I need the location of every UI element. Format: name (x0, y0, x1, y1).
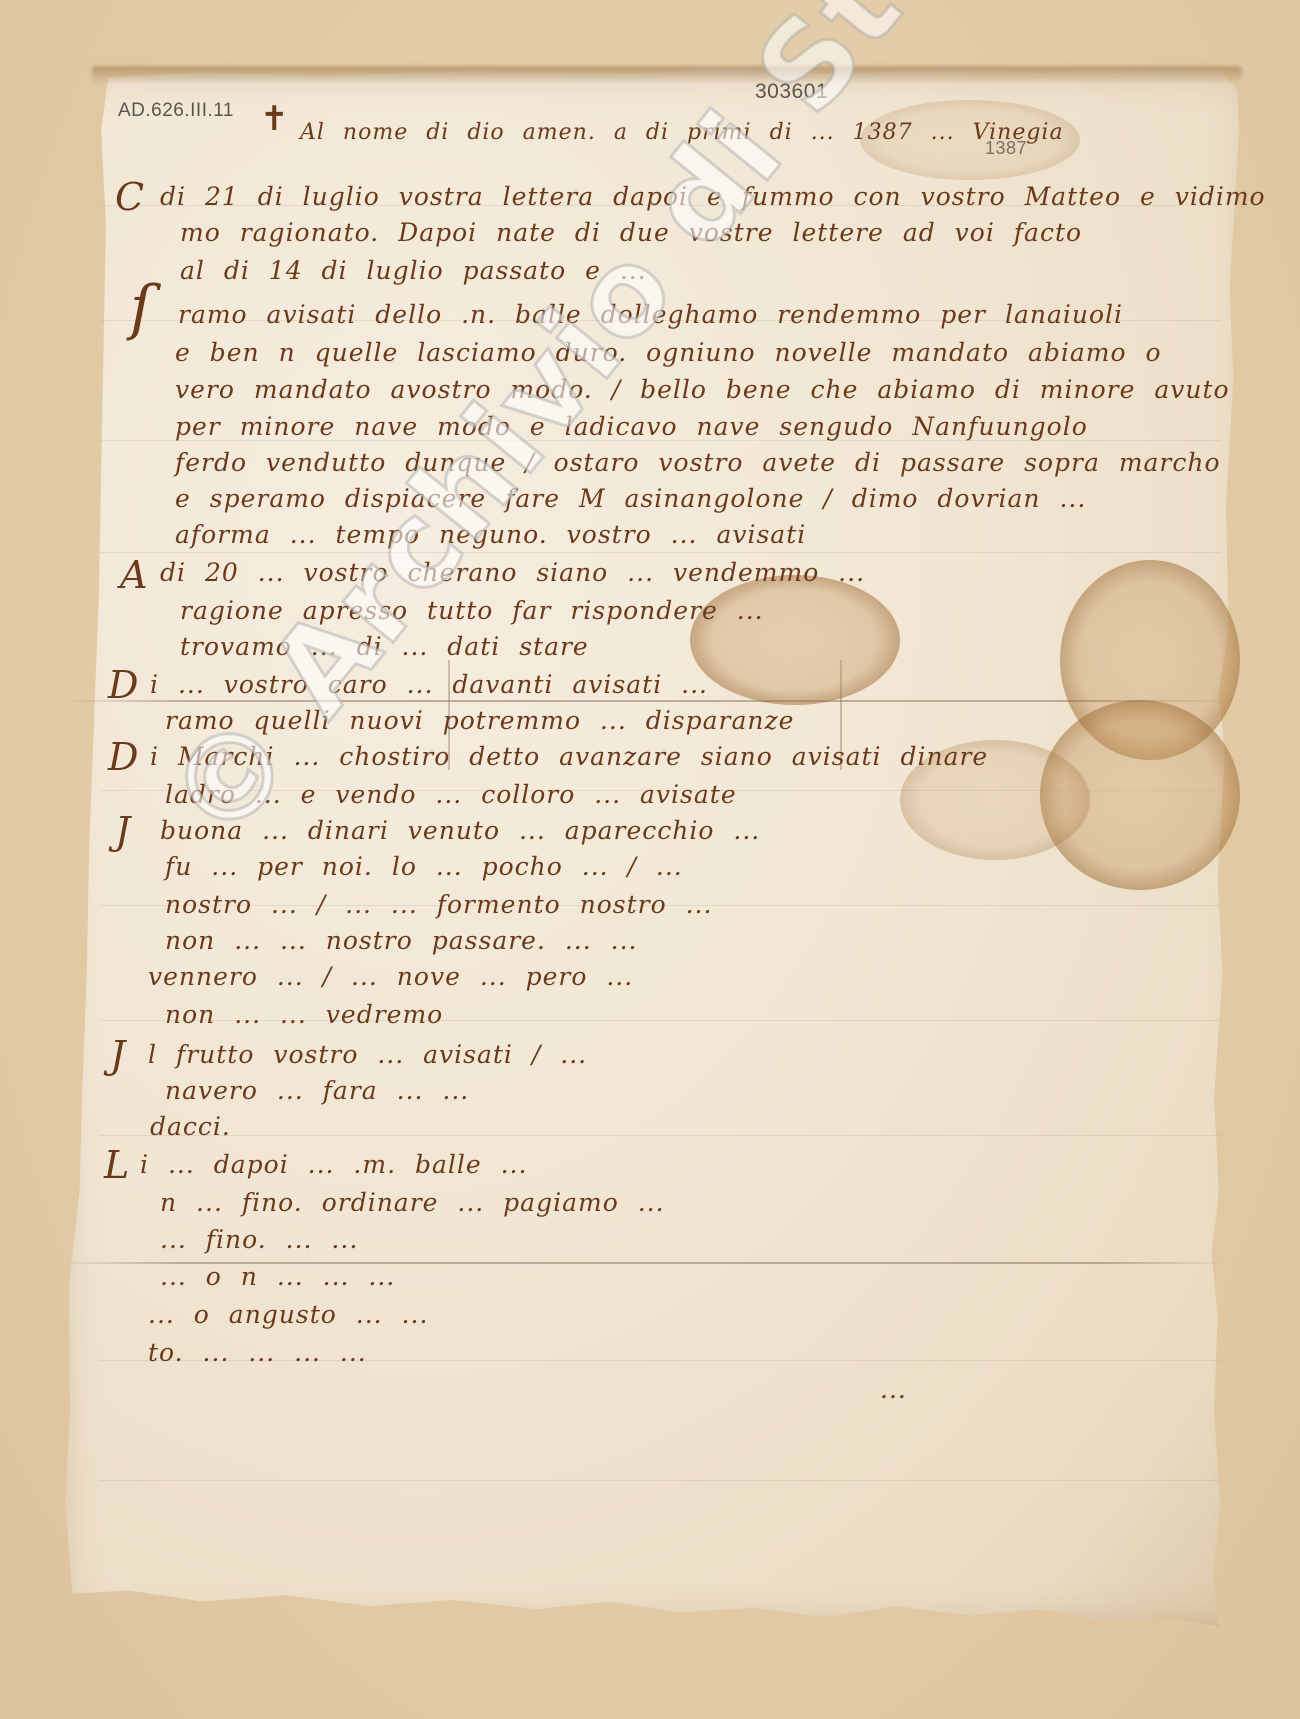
water-stain (690, 575, 900, 705)
text-line: e speramo dispiacere fare M asinangolone… (175, 484, 1086, 514)
text-line: i ... dapoi ... .m. balle ... (140, 1150, 527, 1180)
catalog-number: 303601 (755, 80, 828, 104)
text-line: i ... vostro caro ... davanti avisati ..… (150, 670, 708, 700)
text-line: aforma ... tempo neguno. vostro ... avis… (175, 520, 806, 550)
text-line: di 21 di luglio vostra lettera dapoi e f… (160, 182, 1266, 212)
text-line: di 20 ... vostro cherano siano ... vende… (160, 558, 865, 588)
text-line: ... o n ... ... ... (160, 1262, 395, 1292)
fold-line (72, 700, 1222, 702)
paragraph-initial: J (110, 1036, 125, 1074)
text-line: ramo quelli nuovi potremmo ... disparanz… (165, 706, 794, 736)
text-line: fu ... per noi. lo ... pocho ... / ... (165, 852, 683, 882)
text-line: ragione apresso tutto far rispondere ... (180, 596, 764, 626)
text-line: al di 14 di luglio passato e ... (180, 256, 647, 286)
text-line: to. ... ... ... ... (148, 1338, 367, 1368)
text-line: ... o angusto ... ... (148, 1300, 428, 1330)
text-line: ladro ... e vendo ... colloro ... avisat… (165, 780, 737, 810)
text-line: n ... fino. ordinare ... pagiamo ... (160, 1188, 665, 1218)
text-line: non ... ... vedremo (165, 1000, 443, 1030)
archive-shelfmark: AD.626.III.11 (118, 100, 234, 122)
text-line: non ... ... nostro passare. ... ... (165, 926, 638, 956)
paragraph-initial: L (104, 1146, 129, 1184)
ruling-line (100, 1135, 1220, 1136)
ruling-line (100, 552, 1220, 553)
text-line: vero mandato avostro modo. / bello bene … (175, 375, 1230, 405)
text-line: trovamo ... di ... dati stare (180, 632, 589, 662)
text-line: ferdo vendutto dunque / ostaro vostro av… (175, 448, 1221, 478)
text-line: l frutto vostro ... avisati / ... (148, 1040, 587, 1070)
text-line: buona ... dinari venuto ... aparecchio .… (160, 816, 760, 846)
text-line: nostro ... / ... ... formento nostro ... (165, 890, 712, 920)
text-line: i Marchi ... chostiro detto avanzare sia… (150, 742, 988, 772)
paragraph-initial: D (108, 738, 138, 776)
paragraph-initial: C (115, 178, 144, 216)
paragraph-initial-long-s: ſ (130, 278, 152, 338)
ruling-line (100, 1480, 1220, 1481)
paragraph-initial: J (115, 812, 130, 850)
sheet-top-edge (92, 66, 1242, 82)
text-line: ramo avisati dello .n. balle dolleghamo … (178, 300, 1123, 330)
closing-signature: ... (880, 1375, 907, 1405)
text-line: dacci. (150, 1112, 231, 1142)
paragraph-initial: D (108, 666, 138, 704)
invocation-line: Al nome di dio amen. a di primi di ... 1… (300, 118, 1064, 148)
text-line: mo ragionato. Dapoi nate di due vostre l… (180, 218, 1082, 248)
text-line: e ben n quelle lasciamo duro. ogniuno no… (175, 338, 1162, 368)
text-line: ... fino. ... ... (160, 1225, 358, 1255)
text-line: per minore nave modo e ladicavo nave sen… (175, 412, 1088, 442)
cross-symbol: ✝ (260, 100, 289, 138)
paragraph-initial: A (120, 556, 147, 594)
text-line: navero ... fara ... ... (165, 1076, 469, 1106)
text-line: vennero ... / ... nove ... pero ... (148, 962, 633, 992)
